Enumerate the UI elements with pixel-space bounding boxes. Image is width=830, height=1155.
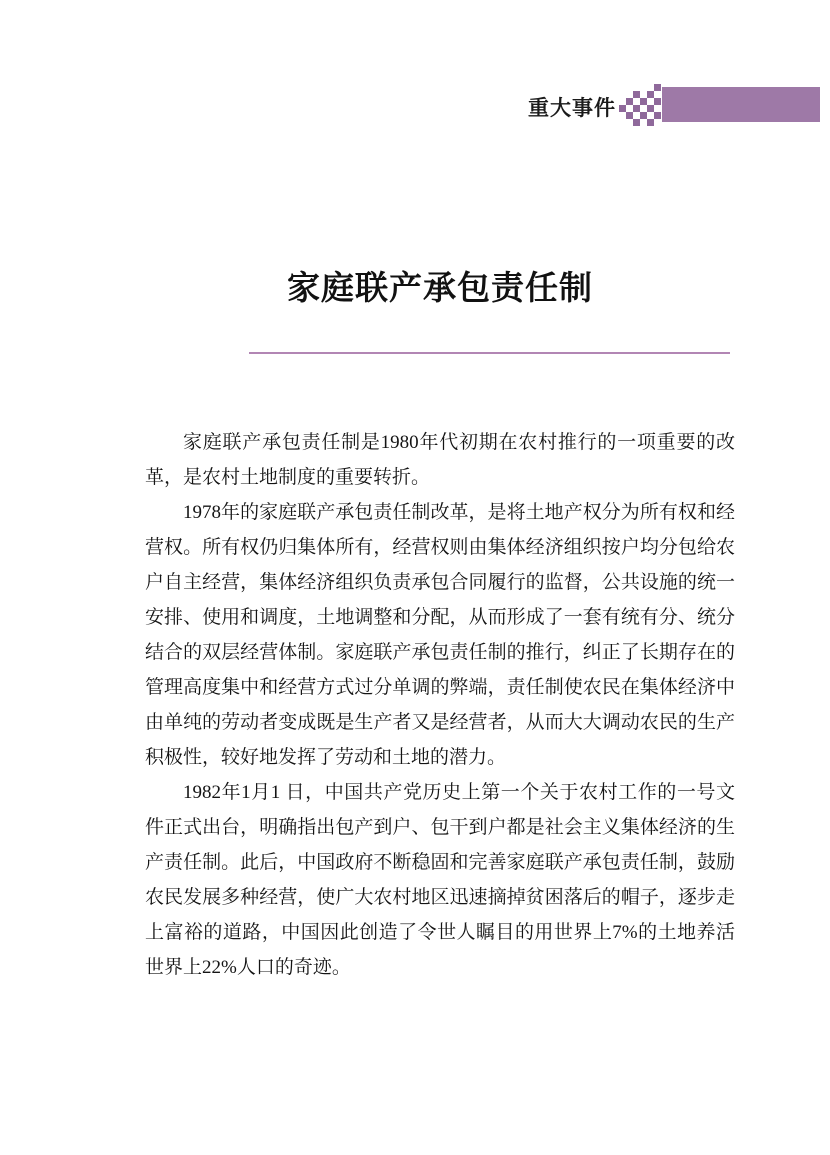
checker-decoration-icon xyxy=(619,84,662,126)
paragraph-intro: 家庭联产承包责任制是1980年代初期在农村推行的一项重要的改革，是农村土地制度的… xyxy=(145,425,735,495)
page-title: 家庭联产承包责任制 xyxy=(145,262,735,309)
book-page: { "header": { "label": "重大事件" }, "title"… xyxy=(0,0,830,1155)
article-body: 家庭联产承包责任制是1980年代初期在农村推行的一项重要的改革，是农村土地制度的… xyxy=(145,425,735,985)
title-underline-rule xyxy=(249,352,730,354)
paragraph-document-1982: 1982年1月1 日，中国共产党历史上第一个关于农村工作的一号文件正式出台，明确… xyxy=(145,775,735,985)
section-header-label: 重大事件 xyxy=(528,92,616,122)
header-accent-bar xyxy=(662,87,820,122)
paragraph-reform-1978: 1978年的家庭联产承包责任制改革，是将土地产权分为所有权和经营权。所有权仍归集… xyxy=(145,495,735,775)
